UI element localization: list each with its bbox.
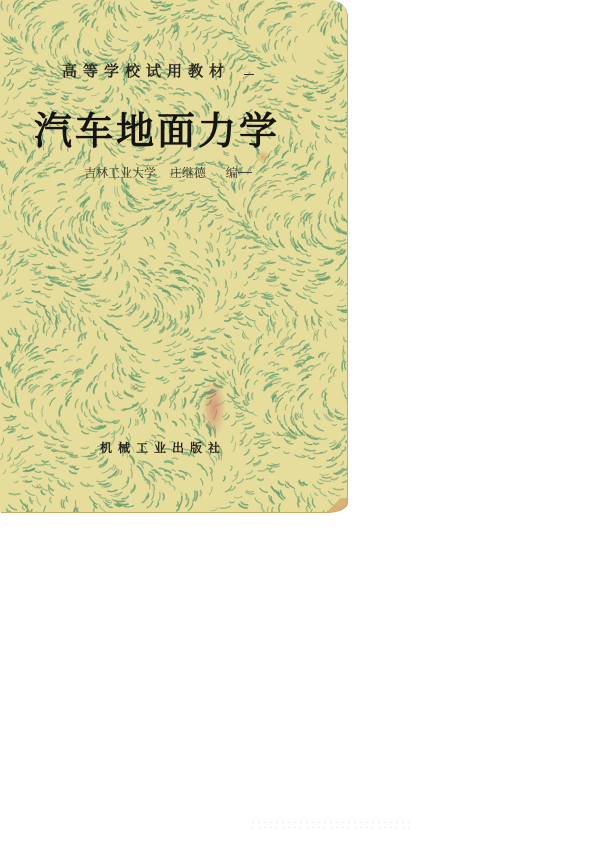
book-cover: 高等学校试用教材 汽车地面力学 吉林工业大学 庄继德 编 机械工业出版社 bbox=[0, 0, 347, 512]
series-label: 高等学校试用教材 bbox=[62, 60, 230, 81]
series-dash bbox=[244, 74, 254, 75]
author-line: 吉林工业大学 庄继德 编 bbox=[84, 164, 248, 181]
author-role: 编 bbox=[226, 166, 238, 180]
author-name: 庄继德 bbox=[170, 166, 206, 180]
publisher-name: 机械工业出版社 bbox=[100, 439, 226, 456]
author-institution: 吉林工业大学 bbox=[84, 166, 156, 180]
author-dash bbox=[238, 172, 252, 173]
corner-wear bbox=[321, 498, 347, 512]
scan-dust bbox=[250, 820, 410, 832]
book-title: 汽车地面力学 bbox=[34, 100, 280, 155]
